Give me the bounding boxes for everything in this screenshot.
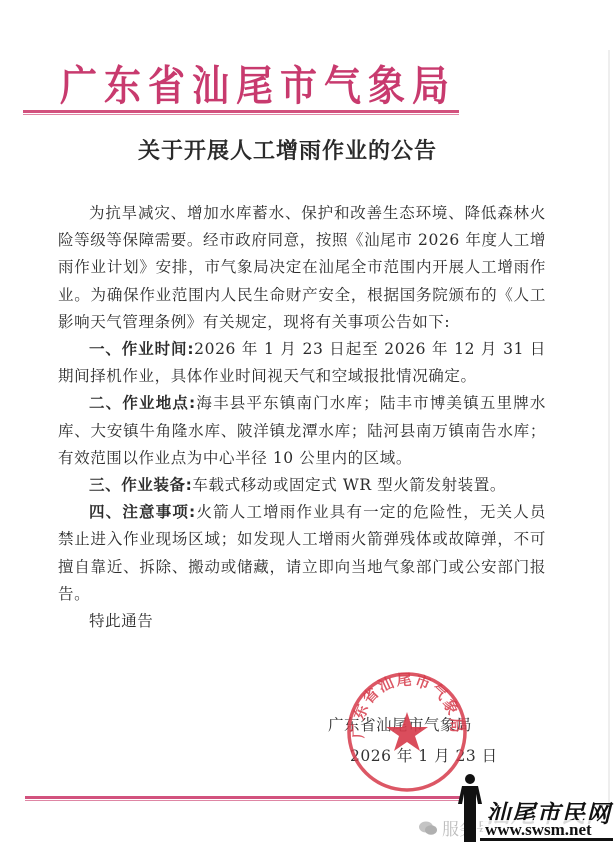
item-label: 三、作业装备:	[89, 476, 192, 494]
person-silhouette-icon	[450, 770, 486, 842]
intro-paragraph: 为抗旱减灾、增加水库蓄水、保护和改善生态环境、降低森林火险等级等保障需要。经市政…	[58, 200, 546, 336]
site-url: www.swsm.net	[483, 820, 594, 840]
document-title: 关于开展人工增雨作业的公告	[0, 134, 615, 165]
site-watermark-logo: 汕尾市民网 www.swsm.net	[450, 770, 615, 842]
item-location: 二、作业地点:海丰县平东镇南门水库；陆丰市博美镇五里牌水库、大安镇牛角隆水库、陂…	[58, 390, 546, 472]
item-notice: 四、注意事项:火箭人工增雨作业具有一定的危险性，无关人员禁止进入作业现场区域；如…	[58, 499, 546, 608]
item-label: 四、注意事项:	[89, 503, 196, 521]
wechat-icon	[418, 820, 438, 836]
item-label: 一、作业时间:	[89, 340, 194, 358]
masthead-title: 广东省汕尾市气象局	[60, 52, 440, 112]
closing-line: 特此通告	[58, 608, 546, 635]
item-time: 一、作业时间:2026 年 1 月 23 日起至 2026 年 12 月 31 …	[58, 336, 546, 390]
footer-red-rule	[25, 796, 460, 801]
logo-underline	[480, 838, 613, 841]
item-text: 车载式移动或固定式 WR 型火箭发射装置。	[192, 476, 506, 494]
masthead-red-rule	[23, 110, 459, 115]
item-equipment: 三、作业装备:车载式移动或固定式 WR 型火箭发射装置。	[58, 472, 546, 499]
item-label: 二、作业地点:	[89, 394, 196, 412]
document-body: 为抗旱减灾、增加水库蓄水、保护和改善生态环境、降低森林火险等级等保障需要。经市政…	[58, 200, 546, 635]
